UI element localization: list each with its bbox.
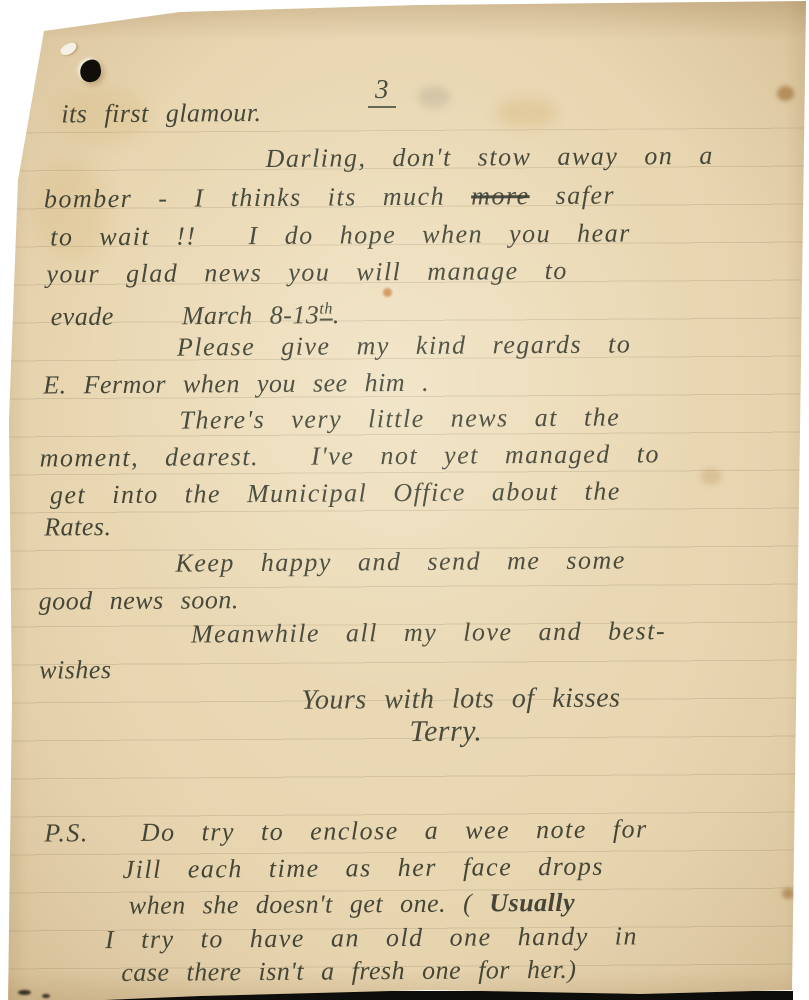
handwriting-segment: Please give my kind regards to (177, 329, 632, 361)
handwriting-line: to wait !! I do hope when you hear (50, 217, 631, 253)
handwriting-line: your glad news you will manage to (46, 255, 568, 291)
handwriting-line: Please give my kind regards to (177, 328, 632, 363)
handwriting-line: Meanwhile all my love and best- (191, 615, 666, 650)
letter-body: its first glamour.Darling, don't stow aw… (0, 0, 809, 1000)
handwriting-segment: Meanwhile all my love and best- (191, 616, 666, 648)
handwriting-segment-strike: more (471, 181, 530, 210)
handwriting-line: get into the Municipal Office about the (50, 475, 621, 511)
handwriting-line: P.S. Do try to enclose a wee note for (44, 813, 648, 849)
handwriting-line: Rates. (44, 511, 111, 543)
handwriting-line: E. Fermor when you see him . (43, 367, 429, 402)
handwriting-segment: There's very little news at the (179, 402, 620, 434)
handwriting-segment: . (333, 300, 340, 329)
letter-paper: 3 its first glamour.Darling, don't stow … (0, 0, 809, 1000)
handwriting-segment: moment, dearest. I've not yet managed to (40, 439, 660, 472)
handwriting-line: There's very little news at the (179, 401, 620, 436)
handwriting-line: I try to have an old one handy in (105, 920, 638, 956)
handwriting-segment: Jill each time as her face drops (122, 852, 604, 884)
handwriting-line: good news soon. (39, 584, 239, 617)
handwriting-segment: safer (530, 181, 616, 211)
handwriting-segment: your glad news you will manage to (46, 256, 568, 289)
handwriting-segment: wishes (39, 655, 112, 685)
handwriting-line: Jill each time as her face drops (122, 851, 604, 886)
letter-scan: 3 its first glamour.Darling, don't stow … (0, 0, 809, 1000)
handwriting-segment-bold: Usually (489, 888, 575, 918)
handwriting-line: evade March 8-13th. (51, 293, 340, 333)
scan-background: { "scan": { "background_color": "#ffffff… (0, 0, 809, 1000)
handwriting-line: wishes (39, 654, 112, 687)
handwriting-segment: when she doesn't get one. ( (129, 888, 490, 920)
handwriting-segment-sup: th (319, 300, 333, 320)
handwriting-line: bomber - I thinks its much more safer (44, 180, 615, 216)
handwriting-segment: Terry. (410, 714, 483, 748)
handwriting-segment: Darling, don't stow away on a (266, 141, 714, 173)
handwriting-line: when she doesn't get one. ( Usually (129, 887, 576, 922)
handwriting-segment: P.S. Do try to enclose a wee note for (44, 814, 648, 847)
handwriting-segment: get into the Municipal Office about the (50, 476, 621, 509)
handwriting-line: Keep happy and send me some (175, 544, 626, 579)
handwriting-line: Terry. (410, 715, 483, 748)
handwriting-segment: good news soon. (39, 585, 239, 615)
handwriting-segment: Yours with lots of kisses (301, 682, 620, 715)
handwriting-segment: Rates. (44, 512, 111, 541)
handwriting-line: its first glamour. (61, 97, 261, 130)
handwriting-segment: Keep happy and send me some (175, 545, 626, 577)
handwriting-segment: E. Fermor when you see him . (43, 368, 429, 400)
handwriting-segment: its first glamour. (61, 98, 261, 128)
handwriting-segment: case there isn't a fresh one for her.) (121, 955, 576, 987)
handwriting-segment: to wait !! I do hope when you hear (50, 218, 631, 251)
handwriting-line: moment, dearest. I've not yet managed to (40, 438, 660, 474)
handwriting-line: case there isn't a fresh one for her.) (121, 954, 576, 989)
handwriting-line: Darling, don't stow away on a (266, 140, 714, 175)
handwriting-segment: evade March 8-13 (51, 300, 320, 331)
handwriting-line: Yours with lots of kisses (301, 682, 620, 716)
handwriting-segment: bomber - I thinks its much (44, 182, 471, 214)
handwriting-segment: I try to have an old one handy in (105, 921, 638, 954)
